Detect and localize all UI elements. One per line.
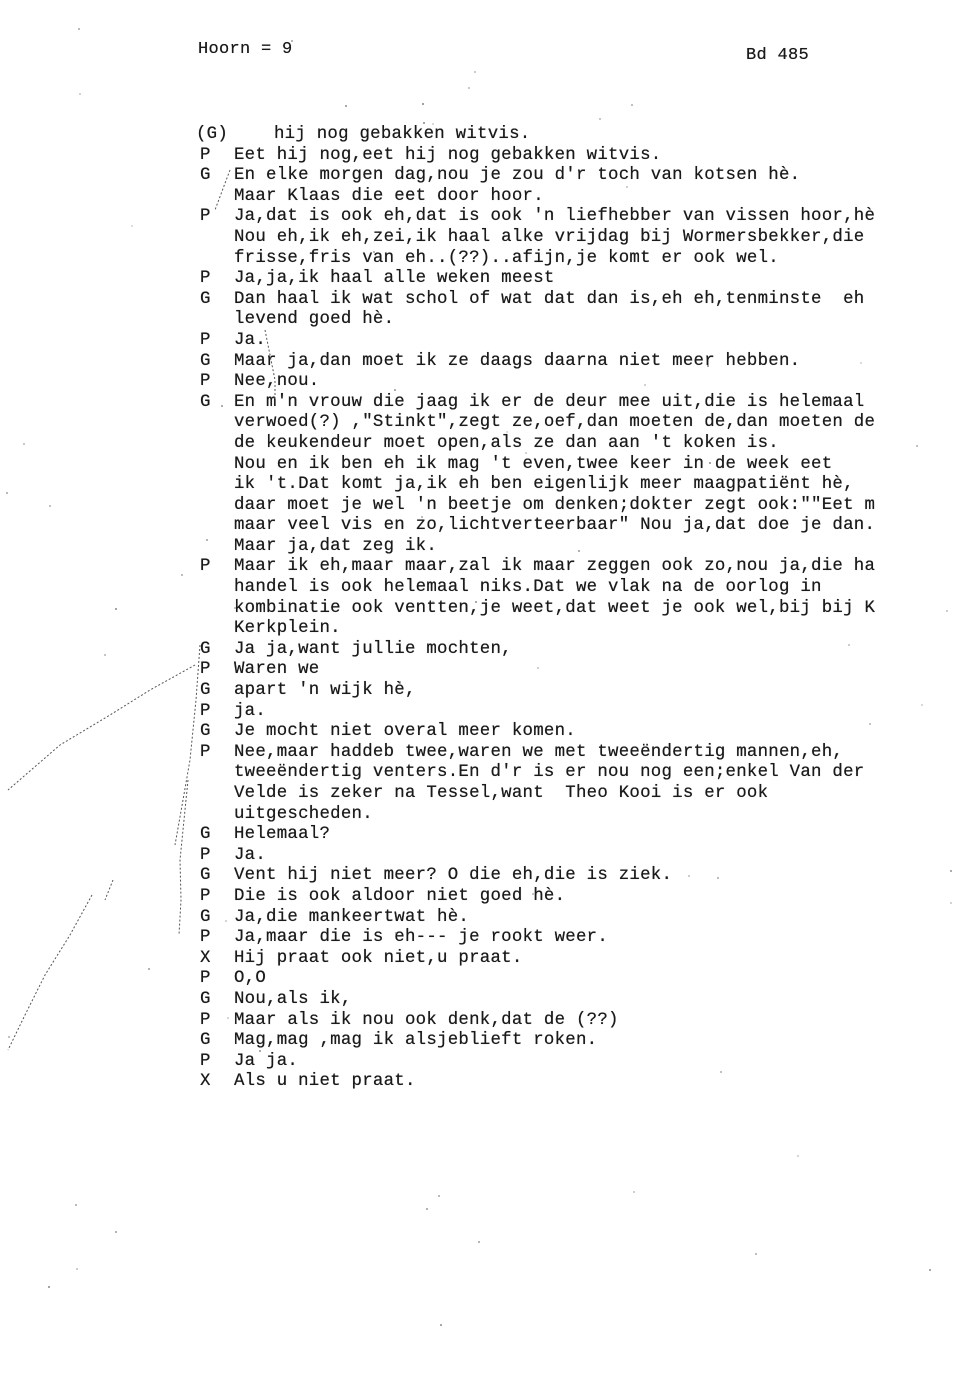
transcript-line: GJa ja,want jullie mochten, <box>196 640 973 661</box>
transcript-line: daar moet je wel 'n beetje om denken;dok… <box>196 496 973 517</box>
scan-speck <box>688 875 690 877</box>
scan-speck <box>741 481 743 483</box>
transcript-line: verwoed(?) ,"Stinkt",zegt ze,oef,dan moe… <box>196 413 973 434</box>
transcript-line: GEn m'n vrouw die jaag ik er de deur mee… <box>196 393 973 414</box>
transcript-line: PJa. <box>196 846 973 867</box>
speaker-label: G <box>200 1031 230 1052</box>
utterance-text: Maar ja,dat zeg ik. <box>234 537 437 558</box>
transcript-line: Velde is zeker na Tessel,want Theo Kooi … <box>196 784 973 805</box>
speaker-label: P <box>200 1052 230 1073</box>
scan-speck <box>426 1208 428 1210</box>
transcript-line: GJe mocht niet overal meer komen. <box>196 722 973 743</box>
scan-speck <box>345 105 347 107</box>
scan-speck <box>532 893 534 895</box>
scan-speck <box>115 608 117 610</box>
scan-speck <box>470 768 472 770</box>
transcript-line: PNee,nou. <box>196 372 973 393</box>
speaker-label: P <box>200 702 230 723</box>
utterance-text: handel is ook helemaal niks.Dat we vlak … <box>234 578 822 599</box>
transcript-line: PO,O <box>196 969 973 990</box>
scan-speck <box>78 28 80 30</box>
scan-speck <box>221 405 223 407</box>
speaker-label: P <box>200 887 230 908</box>
transcript-line: PNee,maar haddeb twee,waren we met tweeë… <box>196 743 973 764</box>
speaker-label: G <box>200 681 230 702</box>
transcript-line: GEn elke morgen dag,nou je zou d'r toch … <box>196 166 973 187</box>
document-page: Hoorn = 9 Bd 485 (G)hij nog gebakken wit… <box>0 0 973 1389</box>
utterance-text: Mag,mag ,mag ik alsjeblieft roken. <box>234 1031 597 1052</box>
utterance-text: Maar als ik nou ook denk,dat de (??) <box>234 1011 619 1032</box>
scan-speck <box>475 601 477 603</box>
utterance-text: de keukendeur moet open,als ze dan aan '… <box>234 434 779 455</box>
utterance-text: Ja ja. <box>234 1052 298 1073</box>
scan-speck <box>225 920 227 922</box>
scan-speck <box>468 87 470 89</box>
utterance-text: Ja,maar die is eh--- je rookt weer. <box>234 928 608 949</box>
scan-speck <box>707 365 709 367</box>
speaker-label: P <box>200 331 230 352</box>
utterance-text: Nou eh,ik eh,zei,ik haal alke vrijdag bi… <box>234 228 864 249</box>
scan-speck <box>950 870 952 872</box>
utterance-text: daar moet je wel 'n beetje om denken;dok… <box>234 496 875 517</box>
scan-speck <box>76 1268 78 1270</box>
scan-speck <box>525 452 527 454</box>
scan-speck <box>929 1269 931 1271</box>
utterance-text: Nou,als ik, <box>234 990 352 1011</box>
scan-speck <box>234 607 236 609</box>
scan-speck <box>438 1195 440 1197</box>
scan-speck <box>115 1231 117 1233</box>
scan-speck <box>474 71 476 73</box>
utterance-text: uitgescheden. <box>234 805 373 826</box>
speaker-label: P <box>200 660 230 681</box>
scan-speck <box>394 389 396 391</box>
speaker-label: (G) <box>196 125 226 146</box>
speaker-label: X <box>200 1072 230 1093</box>
transcript: (G)hij nog gebakken witvis.PEet hij nog,… <box>196 125 973 1093</box>
transcript-line: Nou eh,ik eh,zei,ik haal alke vrijdag bi… <box>196 228 973 249</box>
scan-speck <box>8 1036 10 1038</box>
utterance-text: ja. <box>234 702 266 723</box>
utterance-text: Ja,ja,ik haal alle weken meest <box>234 269 555 290</box>
scan-speck <box>131 225 133 227</box>
scan-speck <box>478 1241 480 1243</box>
speaker-label: G <box>200 990 230 1011</box>
transcript-line: levend goed hè. <box>196 310 973 331</box>
speaker-label: G <box>200 352 230 373</box>
utterance-text: Nou en ik ben eh ik mag 't even,twee kee… <box>234 455 832 476</box>
scan-speck <box>626 186 628 188</box>
utterance-text: Waren we <box>234 660 320 681</box>
utterance-text: Ja,die mankeertwat hè. <box>234 908 469 929</box>
scan-speck <box>48 1286 50 1288</box>
scan-speck <box>23 443 25 445</box>
transcript-line: handel is ook helemaal niks.Dat we vlak … <box>196 578 973 599</box>
speaker-label: G <box>200 908 230 929</box>
scan-speck <box>440 1324 442 1326</box>
scan-speck <box>259 1050 261 1052</box>
transcript-line: GNou,als ik, <box>196 990 973 1011</box>
scan-speck <box>6 492 8 494</box>
utterance-text: Eet hij nog,eet hij nog gebakken witvis. <box>234 146 661 167</box>
speaker-label: G <box>200 722 230 743</box>
transcript-line: uitgescheden. <box>196 805 973 826</box>
scan-speck <box>148 968 150 970</box>
utterance-text: Ja. <box>234 846 266 867</box>
speaker-label: P <box>200 146 230 167</box>
transcript-line: PJa,ja,ik haal alle weken meest <box>196 269 973 290</box>
scan-speck <box>649 230 651 232</box>
scan-speck <box>848 644 850 646</box>
utterance-text: levend goed hè. <box>234 310 394 331</box>
speaker-label: G <box>200 393 230 414</box>
transcript-line: Maar ja,dat zeg ik. <box>196 537 973 558</box>
speaker-label: P <box>200 372 230 393</box>
utterance-text: Als u niet praat. <box>234 1072 416 1093</box>
utterance-text: ik 't.Dat komt ja,ik eh ben eigenlijk me… <box>234 475 854 496</box>
utterance-text: Maar ik eh,maar maar,zal ik maar zeggen … <box>234 557 875 578</box>
scan-speck <box>181 574 183 576</box>
document-title: Hoorn = 9 <box>198 40 293 59</box>
utterance-text: Vent hij niet meer? O die eh,die is ziek… <box>234 866 672 887</box>
transcript-line: Pja. <box>196 702 973 723</box>
utterance-text: Velde is zeker na Tessel,want Theo Kooi … <box>234 784 768 805</box>
scan-speck <box>869 723 871 725</box>
utterance-text: tweeëndertig venters.En d'r is er nou no… <box>234 763 864 784</box>
utterance-text: hij nog gebakken witvis. <box>274 125 530 146</box>
utterance-text: Hij praat ook niet,u praat. <box>234 949 523 970</box>
scan-speck <box>432 123 434 125</box>
transcript-line: kombinatie ook ventten,je weet,dat weet … <box>196 599 973 620</box>
utterance-text: Ja ja,want jullie mochten, <box>234 640 512 661</box>
transcript-line: XAls u niet praat. <box>196 1072 973 1093</box>
scan-speck <box>373 251 375 253</box>
utterance-text: Ja. <box>234 331 266 352</box>
transcript-line: PJa,maar die is eh--- je rookt weer. <box>196 928 973 949</box>
scan-speck <box>599 118 601 120</box>
transcript-line: PMaar ik eh,maar maar,zal ik maar zeggen… <box>196 557 973 578</box>
transcript-line: GMag,mag ,mag ik alsjeblieft roken. <box>196 1031 973 1052</box>
speaker-label: P <box>200 928 230 949</box>
speaker-label: P <box>200 743 230 764</box>
scan-speck <box>631 104 633 106</box>
speaker-label: P <box>200 969 230 990</box>
transcript-line: GVent hij niet meer? O die eh,die is zie… <box>196 866 973 887</box>
transcript-line: Maar Klaas die eet door hoor. <box>196 187 973 208</box>
transcript-line: PWaren we <box>196 660 973 681</box>
utterance-text: frisse,fris van eh..(??)..afijn,je komt … <box>234 249 779 270</box>
scan-speck <box>206 539 208 541</box>
transcript-line: Kerkplein. <box>196 619 973 640</box>
speaker-label: G <box>200 640 230 661</box>
transcript-line: PDie is ook aldoor niet goed hè. <box>196 887 973 908</box>
scan-speck <box>578 550 580 552</box>
speaker-label: X <box>200 949 230 970</box>
transcript-line: PEet hij nog,eet hij nog gebakken witvis… <box>196 146 973 167</box>
transcript-line: maar veel vis en zo,lichtverteerbaar" No… <box>196 516 973 537</box>
scan-speck <box>432 601 434 603</box>
utterance-text: O,O <box>234 969 266 990</box>
scan-speck <box>644 384 646 386</box>
scan-speck <box>950 902 952 904</box>
speaker-label: P <box>200 207 230 228</box>
utterance-text: Ja,dat is ook eh,dat is ook 'n liefhebbe… <box>234 207 875 228</box>
speaker-label: G <box>200 166 230 187</box>
transcript-line: PJa. <box>196 331 973 352</box>
scan-speck <box>450 171 452 173</box>
scan-speck <box>422 103 424 105</box>
transcript-line: GJa,die mankeertwat hè. <box>196 908 973 929</box>
scan-speck <box>291 40 293 42</box>
scan-speck <box>860 362 862 364</box>
scan-speck <box>399 681 401 683</box>
transcript-line: de keukendeur moet open,als ze dan aan '… <box>196 434 973 455</box>
scan-speck <box>709 462 711 464</box>
utterance-text: Helemaal? <box>234 825 330 846</box>
scan-speck <box>423 122 425 124</box>
scan-speck <box>797 1155 799 1157</box>
scan-speck <box>946 610 948 612</box>
scan-speck <box>395 932 397 934</box>
speaker-label: P <box>200 1011 230 1032</box>
utterance-text: Dan haal ik wat schol of wat dat dan is,… <box>234 290 864 311</box>
utterance-text: kombinatie ook ventten,je weet,dat weet … <box>234 599 875 620</box>
scan-speck <box>755 1253 757 1255</box>
scan-speck <box>921 704 923 706</box>
utterance-text: Je mocht niet overal meer komen. <box>234 722 576 743</box>
scan-speck <box>916 445 918 447</box>
transcript-line: ik 't.Dat komt ja,ik eh ben eigenlijk me… <box>196 475 973 496</box>
transcript-line: GHelemaal? <box>196 825 973 846</box>
utterance-text: En m'n vrouw die jaag ik er de deur mee … <box>234 393 864 414</box>
speaker-label: G <box>200 866 230 887</box>
transcript-line: GMaar ja,dan moet ik ze daags daarna nie… <box>196 352 973 373</box>
utterance-text: Nee,maar haddeb twee,waren we met tweeën… <box>234 743 843 764</box>
scan-speck <box>104 654 106 656</box>
utterance-text: En elke morgen dag,nou je zou d'r toch v… <box>234 166 800 187</box>
transcript-line: PMaar als ik nou ook denk,dat de (??) <box>196 1011 973 1032</box>
transcript-line: Nou en ik ben eh ik mag 't even,twee kee… <box>196 455 973 476</box>
speaker-label: P <box>200 269 230 290</box>
transcript-line: Gapart 'n wijk hè, <box>196 681 973 702</box>
scan-speck <box>797 231 799 233</box>
utterance-text: apart 'n wijk hè, <box>234 681 416 702</box>
scan-speck <box>227 1017 229 1019</box>
transcript-line: PJa,dat is ook eh,dat is ook 'n liefhebb… <box>196 207 973 228</box>
document-reference: Bd 485 <box>746 46 809 65</box>
transcript-line: frisse,fris van eh..(??)..afijn,je komt … <box>196 249 973 270</box>
scan-speck <box>537 667 539 669</box>
scan-speck <box>717 877 719 879</box>
scan-speck <box>720 1071 722 1073</box>
speaker-label: P <box>200 557 230 578</box>
utterance-text: Maar Klaas die eet door hoor. <box>234 187 544 208</box>
utterance-text: verwoed(?) ,"Stinkt",zegt ze,oef,dan moe… <box>234 413 875 434</box>
speaker-label: G <box>200 290 230 311</box>
speaker-label: P <box>200 846 230 867</box>
utterance-text: Die is ook aldoor niet goed hè. <box>234 887 565 908</box>
speaker-label: G <box>200 825 230 846</box>
transcript-line: (G)hij nog gebakken witvis. <box>196 125 973 146</box>
scan-speck <box>506 431 508 433</box>
scan-speck <box>421 516 423 518</box>
utterance-text: Nee,nou. <box>234 372 320 393</box>
scan-speck <box>49 505 51 507</box>
scan-speck <box>75 1204 77 1206</box>
utterance-text: maar veel vis en zo,lichtverteerbaar" No… <box>234 516 875 537</box>
transcript-line: GDan haal ik wat schol of wat dat dan is… <box>196 290 973 311</box>
transcript-line: XHij praat ook niet,u praat. <box>196 949 973 970</box>
transcript-line: PJa ja. <box>196 1052 973 1073</box>
utterance-text: Kerkplein. <box>234 619 341 640</box>
transcript-line: tweeëndertig venters.En d'r is er nou no… <box>196 763 973 784</box>
scan-speck <box>79 93 81 95</box>
scan-speck <box>633 1191 635 1193</box>
utterance-text: Maar ja,dan moet ik ze daags daarna niet… <box>234 352 800 373</box>
